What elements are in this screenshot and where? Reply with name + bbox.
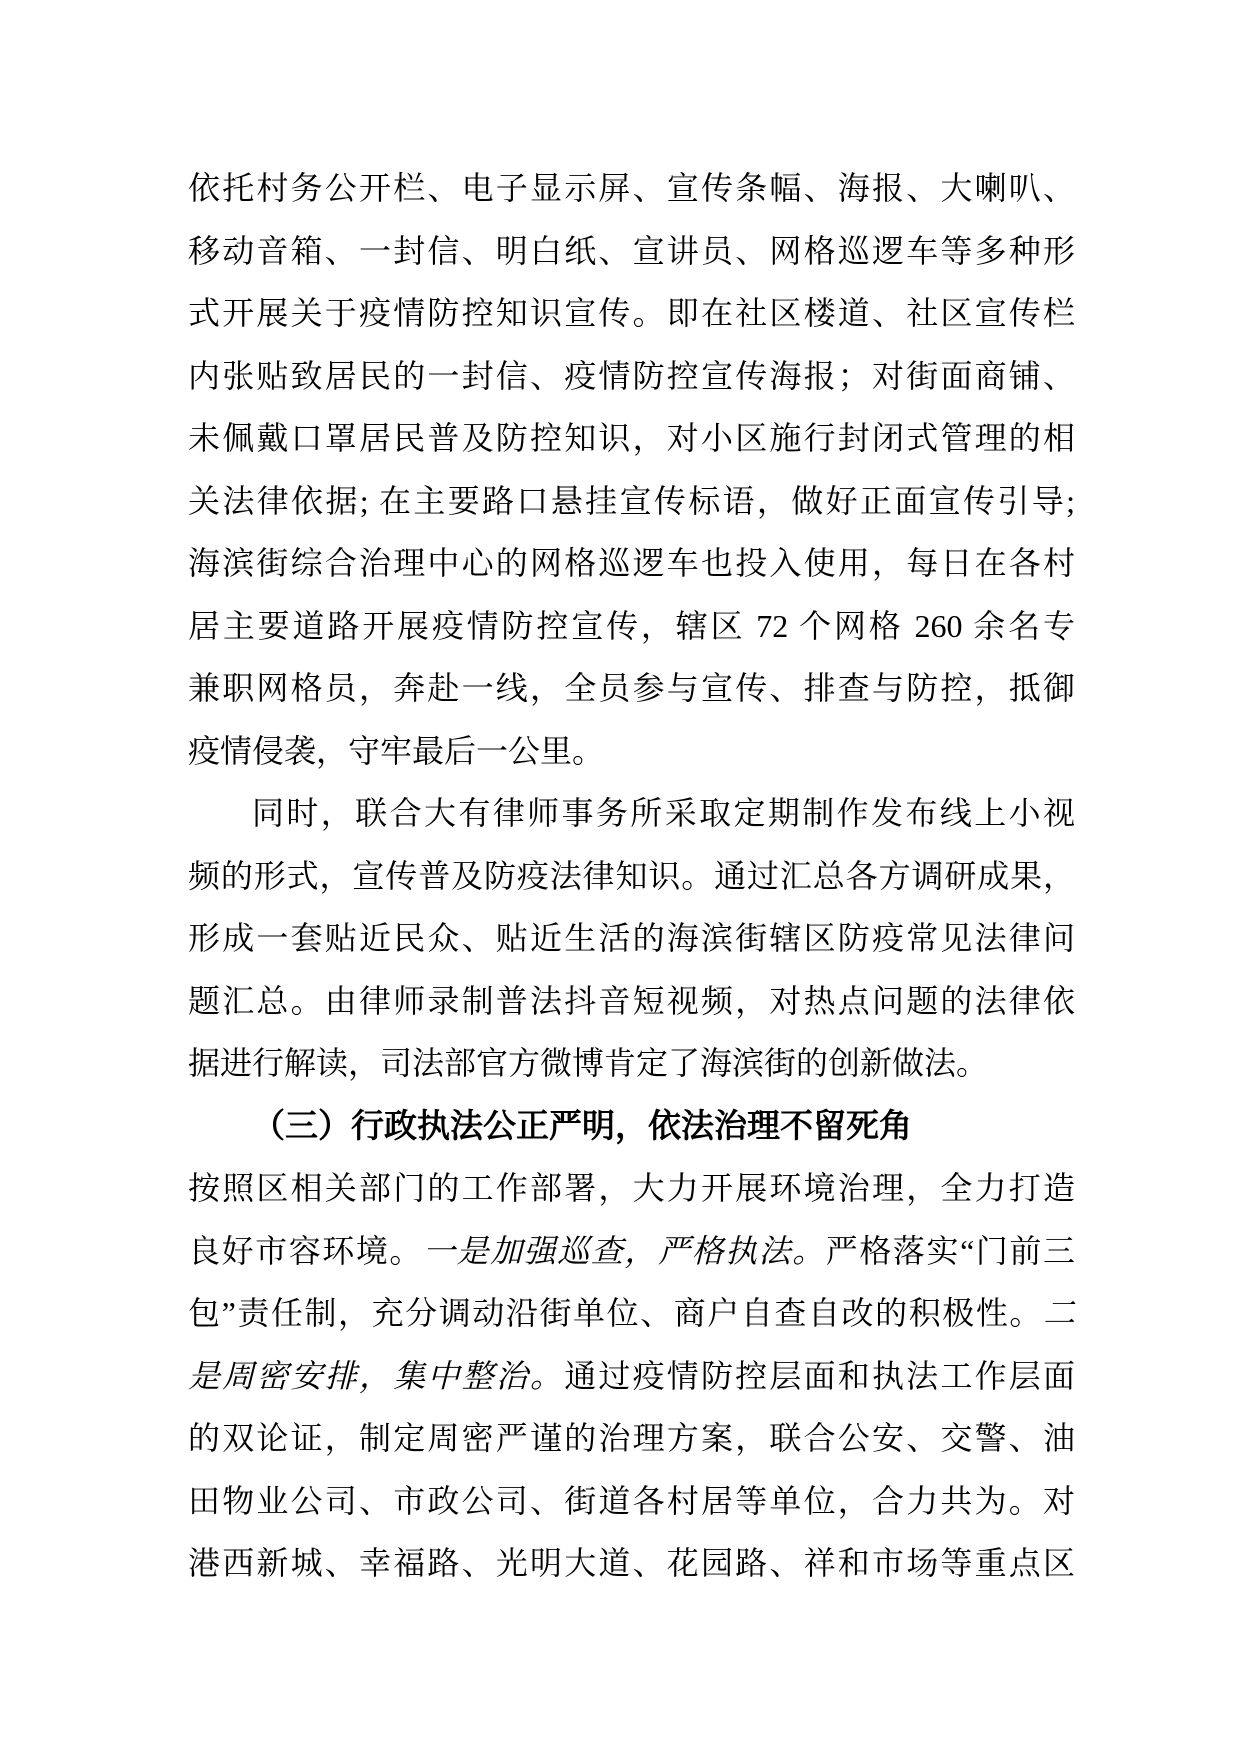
para3-line3: 包”责任制，充分调动沿街单位、商户自查自改的积极性。二: [188, 1282, 1075, 1345]
para1-line8: 居主要道路开展疫情防控宣传，辖区 72 个网格 260 余名专: [188, 595, 1075, 658]
text-segment-bold: （三）行政执法公正严明，依法治理不留死角: [252, 1109, 912, 1145]
text-segment-emphasis: 二: [1043, 1295, 1075, 1331]
text-segment-normal: 式开展关于疫情防控知识宣传。即在社区楼道、社区宣传栏: [188, 295, 1075, 331]
para2-line2: 频的形式，宣传普及防疫法律知识。通过汇总各方调研成果，: [188, 845, 1075, 908]
para2-line4: 题汇总。由律师录制普法抖音短视频，对热点问题的法律依: [188, 970, 1075, 1033]
text-segment-normal: 据进行解读，司法部官方微博肯定了海滨街的创新做法。: [188, 1045, 988, 1081]
para1-line4: 内张贴致居民的一封信、疫情防控宣传海报；对街面商铺、: [188, 345, 1075, 408]
text-segment-normal: 居主要道路开展疫情防控宣传，辖区 72 个网格 260 余名专: [188, 608, 1075, 644]
para3-line6: 田物业公司、市政公司、街道各村居等单位，合力共为。对: [188, 1470, 1075, 1533]
text-segment-normal: 按照区相关部门的工作部署，大力开展环境治理，全力打造: [188, 1170, 1075, 1206]
text-segment-emphasis: 是周密安排，集中整治。: [188, 1358, 564, 1394]
document-page: 依托村务公开栏、电子显示屏、宣传条幅、海报、大喇叭、移动音箱、一封信、明白纸、宣…: [0, 0, 1241, 1754]
text-segment-normal: 内张贴致居民的一封信、疫情防控宣传海报；对街面商铺、: [188, 358, 1075, 394]
para1-line10: 疫情侵袭，守牢最后一公里。: [188, 720, 1075, 783]
text-segment-normal: 未佩戴口罩居民普及防控知识，对小区施行封闭式管理的相: [188, 420, 1075, 456]
para3-line1: 按照区相关部门的工作部署，大力开展环境治理，全力打造: [188, 1157, 1075, 1220]
text-segment-normal: 良好市容环境。: [188, 1233, 423, 1269]
text-segment-normal: 兼职网格员，奔赴一线，全员参与宣传、排查与防控，抵御: [188, 670, 1075, 706]
text-segment-normal: 的双论证，制定周密严谨的治理方案，联合公安、交警、油: [188, 1420, 1075, 1456]
para3-line7: 港西新城、幸福路、光明大道、花园路、祥和市场等重点区: [188, 1532, 1075, 1595]
para1-line9: 兼职网格员，奔赴一线，全员参与宣传、排查与防控，抵御: [188, 657, 1075, 720]
document-text-block: 依托村务公开栏、电子显示屏、宣传条幅、海报、大喇叭、移动音箱、一封信、明白纸、宣…: [188, 157, 1075, 1595]
para2-line5: 据进行解读，司法部官方微博肯定了海滨街的创新做法。: [188, 1032, 1075, 1095]
para1-line5: 未佩戴口罩居民普及防控知识，对小区施行封闭式管理的相: [188, 407, 1075, 470]
text-segment-normal: 港西新城、幸福路、光明大道、花园路、祥和市场等重点区: [188, 1545, 1075, 1581]
text-segment-normal: 海滨街综合治理中心的网格巡逻车也投入使用，每日在各村: [188, 545, 1075, 581]
text-segment-normal: 田物业公司、市政公司、街道各村居等单位，合力共为。对: [188, 1483, 1075, 1519]
text-segment-normal: 关法律依据; 在主要路口悬挂宣传标语，做好正面宣传引导;: [188, 483, 1075, 519]
para3-line2: 良好市容环境。一是加强巡查，严格执法。严格落实“门前三: [188, 1220, 1075, 1283]
text-segment-normal: 频的形式，宣传普及防疫法律知识。通过汇总各方调研成果，: [188, 858, 1075, 894]
para3-line5: 的双论证，制定周密严谨的治理方案，联合公安、交警、油: [188, 1407, 1075, 1470]
para3-line4: 是周密安排，集中整治。通过疫情防控层面和执法工作层面: [188, 1345, 1075, 1408]
text-segment-normal: 通过疫情防控层面和执法工作层面: [564, 1358, 1075, 1394]
text-segment-normal: 形成一套贴近民众、贴近生活的海滨街辖区防疫常见法律问: [188, 920, 1075, 956]
text-segment-normal: 依托村务公开栏、电子显示屏、宣传条幅、海报、大喇叭、: [188, 170, 1075, 206]
para1-line2: 移动音箱、一封信、明白纸、宣讲员、网格巡逻车等多种形: [188, 220, 1075, 283]
text-segment-normal: 移动音箱、一封信、明白纸、宣讲员、网格巡逻车等多种形: [188, 233, 1075, 269]
text-segment-normal: 同时，联合大有律师事务所采取定期制作发布线上小视: [252, 795, 1075, 831]
text-segment-normal: 严格落实“门前三: [826, 1233, 1075, 1269]
text-segment-emphasis: 一是加强巡查，严格执法。: [423, 1233, 826, 1269]
para1-line6: 关法律依据; 在主要路口悬挂宣传标语，做好正面宣传引导;: [188, 470, 1075, 533]
text-segment-normal: 疫情侵袭，守牢最后一公里。: [188, 733, 604, 769]
para1-line7: 海滨街综合治理中心的网格巡逻车也投入使用，每日在各村: [188, 532, 1075, 595]
text-segment-normal: 包”责任制，充分调动沿街单位、商户自查自改的积极性。: [188, 1295, 1043, 1331]
heading-section-3: （三）行政执法公正严明，依法治理不留死角: [188, 1095, 1075, 1158]
para1-line1: 依托村务公开栏、电子显示屏、宣传条幅、海报、大喇叭、: [188, 157, 1075, 220]
para1-line3: 式开展关于疫情防控知识宣传。即在社区楼道、社区宣传栏: [188, 282, 1075, 345]
para2-line1: 同时，联合大有律师事务所采取定期制作发布线上小视: [188, 782, 1075, 845]
text-segment-normal: 题汇总。由律师录制普法抖音短视频，对热点问题的法律依: [188, 983, 1075, 1019]
para2-line3: 形成一套贴近民众、贴近生活的海滨街辖区防疫常见法律问: [188, 907, 1075, 970]
